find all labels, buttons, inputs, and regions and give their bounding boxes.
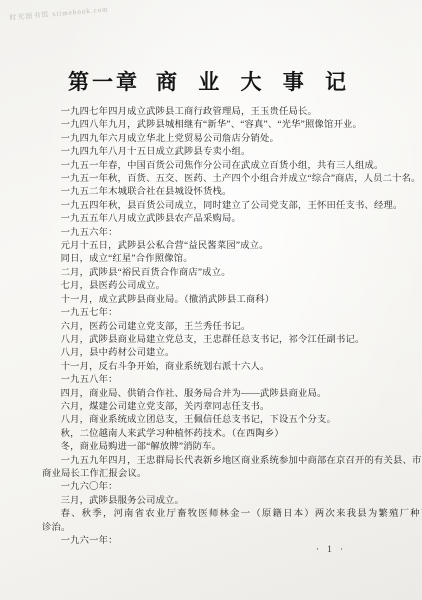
body-line: 六月，医药公司建立党支部，王兰秀任书记。 <box>42 321 417 334</box>
chapter-title-number: 第一章 <box>68 70 140 94</box>
body-line: 秋，二位越南人来武学习种植怀药技术。（在西陶乡） <box>42 428 417 441</box>
body-text: 一九四七年四月成立武陟县工商行政管理局，王玉贵任局长。一九四八年九月，武陟县城相… <box>42 106 417 548</box>
body-line: 一九四九年六月成立华北上党贸易公司詹店分销处。 <box>42 133 417 146</box>
body-line: 商业局长工作汇报会议。 <box>42 468 417 481</box>
body-line: 四月，商业局、供销合作社、服务局合并为——武陟县商业局。 <box>42 388 417 401</box>
body-line: 八月，商业系统成立团总支，王佩信任总支书记，下设五个分支。 <box>42 414 417 427</box>
page-number: · 1 · <box>316 544 346 554</box>
body-line: 一九五九年四月，王忠群局长代表新乡地区商业系统参加中商部在京召开的有关县、市 <box>42 455 417 468</box>
body-line: 一九五一年春，中国百货公司焦作分公司在武成立百货小组，共有三人组成。 <box>42 160 417 173</box>
body-line: 一九六〇年： <box>42 481 417 494</box>
body-line: 七月，县医药公司成立。 <box>42 280 417 293</box>
body-line: 元月十五日，武陟县公私合营“益民酱菜园”成立。 <box>42 240 417 253</box>
body-line: 一九五八年： <box>42 374 417 387</box>
body-line: 一九四八年九月，武陟县城相继有“新华”、“容真”、“光华”照像馆开业。 <box>42 119 417 132</box>
watermark: 时光图书馆 xtimebook.com <box>9 4 109 23</box>
body-line: 十一月，成立武陟县商业局。（撤消武陟县工商科） <box>42 294 417 307</box>
body-line: 冬，商业局购进一部“解放牌”消防车。 <box>42 441 417 454</box>
body-line: 六月，煤建公司建立党支部，关丙章同志任支书。 <box>42 401 417 414</box>
body-line: 一九六一年： <box>42 535 417 548</box>
body-line: 一九四七年四月成立武陟县工商行政管理局，王玉贵任局长。 <box>42 106 417 119</box>
body-line: 八月，武陟县商业局建立党总支，王忠群任总支书记，祁令江任副书记。 <box>42 334 417 347</box>
body-line: 三月，武陟县服务公司成立。 <box>42 495 417 508</box>
chapter-title-text: 商 业 大 事 记 <box>156 70 354 94</box>
body-line: 一九五一年秋，百货、五交、医药、土产四个小组合并成立“综合”商店，人员二十名。 <box>42 173 417 186</box>
body-line: 二月，武陟县“裕民百货合作商店”成立。 <box>42 267 417 280</box>
body-line: 一九五五年八月成立武陟县农产品采购局。 <box>42 213 417 226</box>
body-line: 诊治。 <box>42 522 417 535</box>
body-line: 一九五二年木城联合社在县城设怀货栈。 <box>42 186 417 199</box>
chapter-title: 第一章商 业 大 事 记 <box>0 66 422 96</box>
body-line: 十一月，反右斗争开始，商业系统划右派十六人。 <box>42 361 417 374</box>
body-line: 同日，成立“红星”合作照像馆。 <box>42 253 417 266</box>
body-line: 八月，县中药材公司建立。 <box>42 347 417 360</box>
body-line: 一九五四年秋，县百货公司成立，同时建立了公司党支部，王怀田任支书、经理。 <box>42 200 417 213</box>
document-page: 时光图书馆 xtimebook.com 第一章商 业 大 事 记 一九四七年四月… <box>0 0 422 600</box>
body-line: 一九四九年八月十五日成立武陟县专卖小组。 <box>42 146 417 159</box>
body-line: 一九五六年： <box>42 227 417 240</box>
body-line: 春、秋季，河南省农业厅畜牧医师林金一（原籍日本）两次来我县为繁殖厂种畜 <box>42 508 417 521</box>
body-line: 一九五七年： <box>42 307 417 320</box>
